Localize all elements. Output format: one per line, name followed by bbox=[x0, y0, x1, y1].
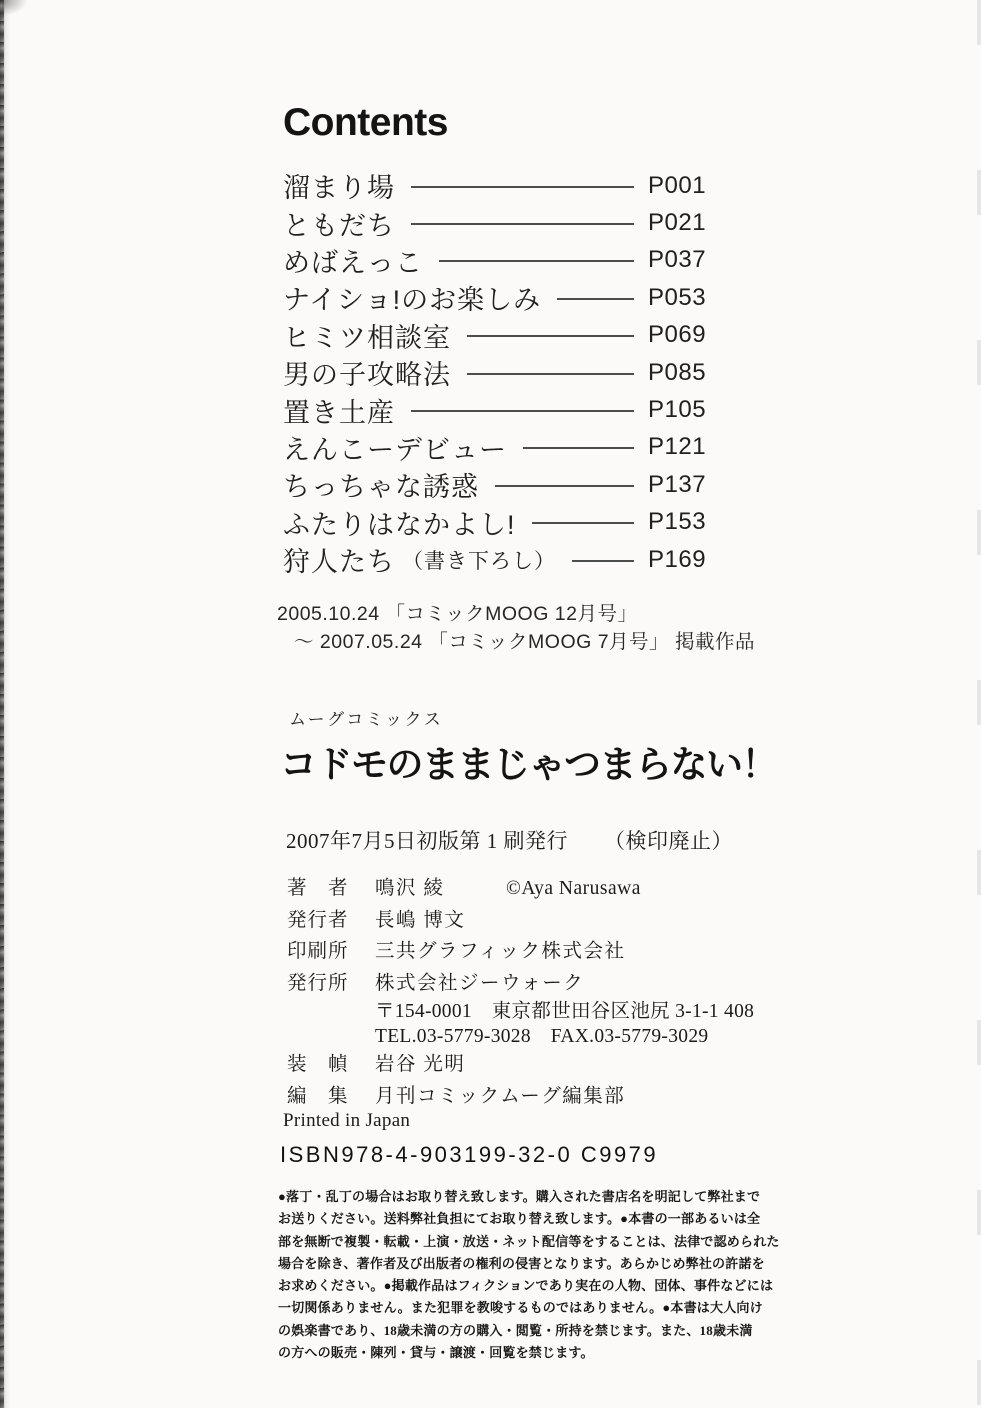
colophon-label: 装 幀 bbox=[287, 1049, 375, 1081]
toc-entry: ちっちゃな誘惑 P137 bbox=[283, 466, 708, 503]
legal-line: お求めください。●掲載作品はフィクションであり実在の人物、団体、事件などには bbox=[278, 1275, 780, 1297]
colophon-label: 編 集 bbox=[287, 1081, 375, 1113]
scan-smudge bbox=[2, 0, 28, 16]
toc-entry-title: 置き土産 bbox=[283, 391, 395, 430]
colophon-block: 著 者鳴沢 綾©Aya Narusawa 発行者長嶋 博文 印刷所三共グラフィッ… bbox=[287, 873, 754, 1112]
toc-entry-title: ふたりはなかよし! bbox=[283, 503, 516, 542]
toc-entry: 置き土産 P105 bbox=[283, 391, 708, 428]
colophon-label: 発行所 bbox=[287, 968, 375, 1000]
legal-line: 一切関係ありません。また犯罪を教唆するものではありません。●本書は大人向け bbox=[278, 1297, 780, 1319]
book-colophon-page: Contents 溜まり場 P001 ともだち P021 めばえっこ P037 … bbox=[0, 0, 981, 1408]
colophon-row-author: 著 者鳴沢 綾©Aya Narusawa bbox=[287, 873, 754, 905]
legal-line: お送りください。送料弊社負担にてお取り替え致します。●本書の一部あるいは全 bbox=[278, 1208, 780, 1230]
edition-date: 2007年7月5日初版第 1 刷発行 bbox=[286, 829, 568, 853]
legal-line: 場合を除き、著作者及び出版者の権利の侵害となります。あらかじめ弊社の許諾を bbox=[278, 1253, 780, 1275]
toc-entry-page: P021 bbox=[648, 209, 708, 237]
toc-entry-page: P169 bbox=[648, 546, 708, 574]
toc-entry: ふたりはなかよし! P153 bbox=[283, 504, 708, 541]
imprint-label: ムーグコミックス bbox=[289, 705, 443, 730]
toc-leader-line bbox=[411, 223, 634, 225]
colophon-row-editor: 編 集月刊コミックムーグ編集部 bbox=[287, 1081, 754, 1113]
toc-entry-page: P153 bbox=[648, 508, 708, 536]
toc-entry: えんこーデビュー P121 bbox=[283, 429, 708, 466]
colophon-value: 長嶋 博文 bbox=[375, 905, 465, 937]
toc-entry: ナイショ!のお楽しみ P053 bbox=[283, 279, 708, 316]
colophon-value: 株式会社ジーウォーク bbox=[375, 968, 584, 1000]
toc-entry-title: 男の子攻略法 bbox=[283, 353, 451, 392]
toc-entry-page: P069 bbox=[648, 321, 708, 349]
colophon-row-publisher-person: 発行者長嶋 博文 bbox=[287, 905, 754, 937]
toc-entry-page: P037 bbox=[648, 246, 708, 274]
toc-entry-title: めばえっこ bbox=[283, 241, 423, 280]
colophon-value: 三共グラフィック株式会社 bbox=[375, 936, 625, 968]
legal-line: の方への販売・陳列・貸与・譲渡・回覧を禁じます。 bbox=[278, 1342, 780, 1364]
toc-entry-title: 溜まり場 bbox=[283, 166, 395, 205]
toc-leader-line bbox=[523, 447, 634, 449]
colophon-row-publishing-house: 発行所株式会社ジーウォーク bbox=[287, 968, 754, 1000]
toc-entry: ヒミツ相談室 P069 bbox=[283, 317, 708, 354]
toc-entry-title: ナイショ!のお楽しみ bbox=[283, 278, 541, 317]
publisher-phone: TEL.03-5779-3028 FAX.03-5779-3029 bbox=[375, 1024, 754, 1049]
colophon-label: 著 者 bbox=[287, 873, 375, 905]
toc-entry: 溜まり場 P001 bbox=[283, 167, 708, 204]
toc-leader-line bbox=[495, 485, 634, 487]
toc-entry-title: 狩人たち bbox=[283, 540, 395, 579]
toc-entry: 狩人たち （書き下ろし） P169 bbox=[283, 541, 708, 578]
toc-leader-line bbox=[572, 560, 634, 562]
toc-entry-page: P085 bbox=[648, 359, 708, 387]
isbn-line: ISBN978-4-903199-32-0 C9979 bbox=[280, 1142, 658, 1168]
toc-leader-line bbox=[467, 335, 634, 337]
toc-entry-title: ともだち bbox=[283, 204, 395, 243]
colophon-row-printer: 印刷所三共グラフィック株式会社 bbox=[287, 936, 754, 968]
legal-line: の娯楽書であり、18歳未満の方の購入・閲覧・所持を禁じます。また、18歳未満 bbox=[278, 1320, 780, 1342]
colophon-value: 月刊コミックムーグ編集部 bbox=[375, 1081, 625, 1113]
legal-line: 部を無断で複製・転載・上演・放送・ネット配信等をすることは、法律で認められた bbox=[278, 1231, 780, 1253]
toc-entry-page: P001 bbox=[648, 172, 708, 200]
toc-leader-line bbox=[411, 186, 634, 188]
edition-note: （検印廃止） bbox=[604, 829, 733, 853]
serialization-end: ～ 2007.05.24 「コミックMOOG 7月号」 掲載作品 bbox=[294, 629, 755, 657]
toc-leader-line bbox=[411, 410, 634, 412]
serialization-start: 2005.10.24 「コミックMOOG 12月号」 bbox=[277, 601, 755, 629]
toc-entry-title: えんこーデビュー bbox=[283, 428, 507, 467]
contents-title: Contents bbox=[283, 101, 708, 145]
publisher-address: 〒154-0001 東京都世田谷区池尻 3-1-1 408 bbox=[375, 999, 754, 1024]
toc-entry: めばえっこ P037 bbox=[283, 242, 708, 279]
book-title: コドモのままじゃつまらない！ bbox=[280, 734, 777, 788]
legal-notice: ●落丁・乱丁の場合はお取り替え致します。購入された書店名を明記して弊社まで お送… bbox=[278, 1186, 780, 1364]
toc-entry: 男の子攻略法 P085 bbox=[283, 354, 708, 391]
toc-entry: ともだち P021 bbox=[283, 204, 708, 241]
table-of-contents: 溜まり場 P001 ともだち P021 めばえっこ P037 ナイショ!のお楽し… bbox=[283, 167, 708, 578]
edition-line: 2007年7月5日初版第 1 刷発行（検印廃止） bbox=[286, 825, 733, 855]
toc-entry-page: P105 bbox=[648, 396, 708, 424]
colophon-value: 鳴沢 綾 bbox=[375, 873, 506, 905]
colophon-row-designer: 装 幀岩谷 光明 bbox=[287, 1049, 754, 1081]
copyright-credit: ©Aya Narusawa bbox=[506, 873, 641, 905]
toc-entry-title: ちっちゃな誘惑 bbox=[283, 465, 479, 504]
toc-leader-line bbox=[557, 298, 634, 300]
scan-edge-left bbox=[0, 0, 10, 1408]
toc-leader-line bbox=[467, 373, 634, 375]
scan-edge-right bbox=[977, 0, 981, 1408]
legal-line: ●落丁・乱丁の場合はお取り替え致します。購入された書店名を明記して弊社まで bbox=[278, 1186, 780, 1208]
serialization-note: 2005.10.24 「コミックMOOG 12月号」 ～ 2007.05.24 … bbox=[277, 601, 755, 656]
colophon-label: 印刷所 bbox=[287, 936, 375, 968]
toc-entry-page: P053 bbox=[648, 284, 708, 312]
toc-entry-page: P137 bbox=[648, 471, 708, 499]
colophon-label: 発行者 bbox=[287, 905, 375, 937]
toc-leader-line bbox=[439, 260, 634, 262]
colophon-value: 岩谷 光明 bbox=[375, 1049, 465, 1081]
toc-entry-title: ヒミツ相談室 bbox=[283, 316, 451, 355]
toc-entry-page: P121 bbox=[648, 433, 708, 461]
printed-in-japan: Printed in Japan bbox=[283, 1110, 410, 1132]
toc-leader-line bbox=[532, 522, 634, 524]
contents-section: Contents 溜まり場 P001 ともだち P021 めばえっこ P037 … bbox=[283, 101, 708, 578]
toc-entry-note: （書き下ろし） bbox=[402, 545, 556, 575]
